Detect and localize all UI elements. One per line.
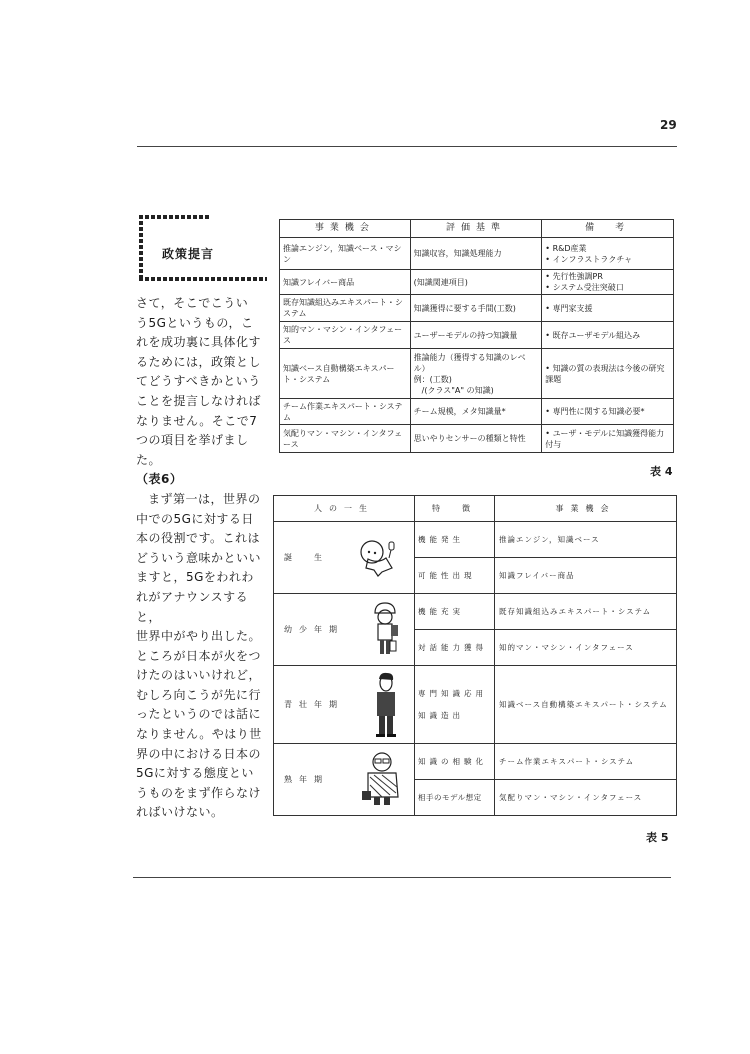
baby-figure-icon	[356, 538, 400, 578]
child-figure-icon	[370, 601, 400, 659]
table-reference: （表6）	[136, 470, 270, 490]
wavy-border-top	[139, 215, 211, 219]
t5-feature: 可能性出現	[415, 558, 495, 594]
t5-header-feature: 特 徴	[415, 496, 495, 522]
t5-life-stage: 誕 生	[274, 522, 415, 594]
t4-notes: R&D産業インフラストラクチャ	[542, 238, 674, 270]
t5-feature: 専門知識応用	[418, 683, 491, 705]
t4-note: 既存ユーザモデル組込み	[545, 330, 670, 341]
t4-note: 知識の質の表現法は今後の研究課題	[545, 363, 670, 385]
t4-notes: 専門家支援	[542, 295, 674, 322]
table-row: 知識ベース自動構築エキスパート・システム 推論能力（獲得する知識のレベル） 例：…	[280, 349, 674, 399]
t5-life-label: 誕 生	[284, 553, 329, 562]
t4-opportunity: 知識フレイバー商品	[280, 270, 411, 295]
t5-feature: 知識の相験化	[415, 744, 495, 780]
t4-notes: 専門性に関する知識必要*	[542, 399, 674, 425]
paragraph-2: まず第一は，世界の 中での5Gに対する日 本の役割です。これは どういう意味かと…	[136, 490, 270, 823]
t5-header-life: 人の一生	[274, 496, 415, 522]
footer-rule	[133, 877, 671, 878]
t4-notes: ユーザ・モデルに知識獲得能力付与	[542, 425, 674, 453]
t5-opportunity: 既存知識組込みエキスパート・システム	[495, 594, 677, 630]
t5-opportunity: 知識フレイバー商品	[495, 558, 677, 594]
t4-notes: 先行性強調PRシステム受注突破口	[542, 270, 674, 295]
t4-header-notes: 備 考	[542, 220, 674, 238]
section-heading: 政策提言	[162, 245, 214, 262]
t5-opportunity: 知識ベース自動構築エキスパート・システム	[495, 666, 677, 744]
table-row: 青壮年期 専門知識応用 知識造出 知識ベース自動構築エキスパート・システム	[274, 666, 677, 744]
table-row: 知識フレイバー商品 (知識関連項目) 先行性強調PRシステム受注突破口	[280, 270, 674, 295]
table-row: 熟年期 知識の相験化 チーム作業エキスパート・システム	[274, 744, 677, 780]
paragraph-1: さて，そこでこうい う5Gというもの，こ れを成功裏に具体化す るためには，政策…	[136, 294, 270, 470]
t4-criteria: ユーザーモデルの持つ知識量	[410, 322, 542, 349]
t4-note: 専門性に関する知識必要*	[545, 406, 670, 417]
table-row: 誕 生 機能発生 推論エンジン，知識ベース	[274, 522, 677, 558]
t5-opportunity: チーム作業エキスパート・システム	[495, 744, 677, 780]
t5-feature: 相手のモデル想定	[415, 780, 495, 816]
t5-life-stage: 熟年期	[274, 744, 415, 816]
t4-note: 専門家支援	[545, 303, 670, 314]
t4-criteria: 知識獲得に要する手間(工数)	[410, 295, 542, 322]
t4-notes: 知識の質の表現法は今後の研究課題	[542, 349, 674, 399]
t5-opportunity: 推論エンジン，知識ベース	[495, 522, 677, 558]
table-5: 人の一生 特 徴 事業機会 誕 生 機能発生 推論エンジン，知識ベース 可能性出…	[273, 495, 677, 816]
elder-figure-icon	[360, 751, 400, 809]
t4-note: 先行性強調PR	[545, 271, 670, 282]
t4-opportunity: 既存知識組込みエキスパート・システム	[280, 295, 411, 322]
table-row: 推論エンジン，知識ベース・マシン 知識収容，知識処理能力 R&D産業インフラスト…	[280, 238, 674, 270]
t5-opportunity: 気配りマン・マシン・インタフェース	[495, 780, 677, 816]
page-number: 29	[660, 118, 677, 132]
t4-note: インフラストラクチャ	[545, 254, 670, 265]
t4-note: システム受注突破口	[545, 282, 670, 293]
t4-notes: 既存ユーザモデル組込み	[542, 322, 674, 349]
t4-criteria: 推論能力（獲得する知識のレベル） 例：(工数) /(クラス"A" の知識)	[410, 349, 542, 399]
t5-header-opportunity: 事業機会	[495, 496, 677, 522]
t5-opportunity: 知的マン・マシン・インタフェース	[495, 630, 677, 666]
t5-feature: 機能発生	[415, 522, 495, 558]
t4-opportunity: 推論エンジン，知識ベース・マシン	[280, 238, 411, 270]
section-heading-box: 政策提言	[139, 215, 267, 281]
t5-life-stage: 青壮年期	[274, 666, 415, 744]
t5-life-label: 幼少年期	[284, 625, 344, 634]
header-rule	[137, 146, 677, 147]
table-row: 既存知識組込みエキスパート・システム 知識獲得に要する手間(工数) 専門家支援	[280, 295, 674, 322]
table-5-caption: 表 5	[646, 829, 668, 845]
table-row: 気配りマン・マシン・インタフェース 思いやりセンサーの種類と特性 ユーザ・モデル…	[280, 425, 674, 453]
t5-feature: 対話能力獲得	[415, 630, 495, 666]
t4-criteria: (知識関連項目)	[410, 270, 542, 295]
t4-opportunity: 知的マン・マシン・インタフェース	[280, 322, 411, 349]
t5-life-label: 熟年期	[284, 775, 329, 784]
t5-feature: 機能充実	[415, 594, 495, 630]
table-row: 幼少年期 機能充実 既存知識組込みエキスパート・システム	[274, 594, 677, 630]
adult-figure-icon	[372, 671, 400, 739]
t4-opportunity: 知識ベース自動構築エキスパート・システム	[280, 349, 411, 399]
t4-opportunity: 気配りマン・マシン・インタフェース	[280, 425, 411, 453]
table-row: 知的マン・マシン・インタフェース ユーザーモデルの持つ知識量 既存ユーザモデル組…	[280, 322, 674, 349]
t4-header-opportunity: 事業機会	[280, 220, 411, 238]
table-row: チーム作業エキスパート・システム チーム規模，メタ知識量* 専門性に関する知識必…	[280, 399, 674, 425]
t4-note: R&D産業	[545, 243, 670, 254]
t5-life-stage: 幼少年期	[274, 594, 415, 666]
t4-header-criteria: 評価基準	[410, 220, 542, 238]
table-4-caption: 表 4	[650, 463, 672, 479]
t5-feature-group: 専門知識応用 知識造出	[415, 666, 495, 744]
t5-life-label: 青壮年期	[284, 700, 344, 709]
wavy-border-left	[139, 215, 143, 281]
t4-criteria: 知識収容，知識処理能力	[410, 238, 542, 270]
t4-criteria: 思いやりセンサーの種類と特性	[410, 425, 542, 453]
body-text-column: さて，そこでこうい う5Gというもの，こ れを成功裏に具体化す るためには，政策…	[136, 294, 270, 823]
t4-criteria: チーム規模，メタ知識量*	[410, 399, 542, 425]
wavy-border-bottom	[139, 277, 267, 281]
t4-opportunity: チーム作業エキスパート・システム	[280, 399, 411, 425]
t5-feature: 知識造出	[418, 705, 491, 727]
table-4: 事業機会 評価基準 備 考 推論エンジン，知識ベース・マシン 知識収容，知識処理…	[279, 219, 674, 453]
t4-note: ユーザ・モデルに知識獲得能力付与	[545, 428, 670, 450]
